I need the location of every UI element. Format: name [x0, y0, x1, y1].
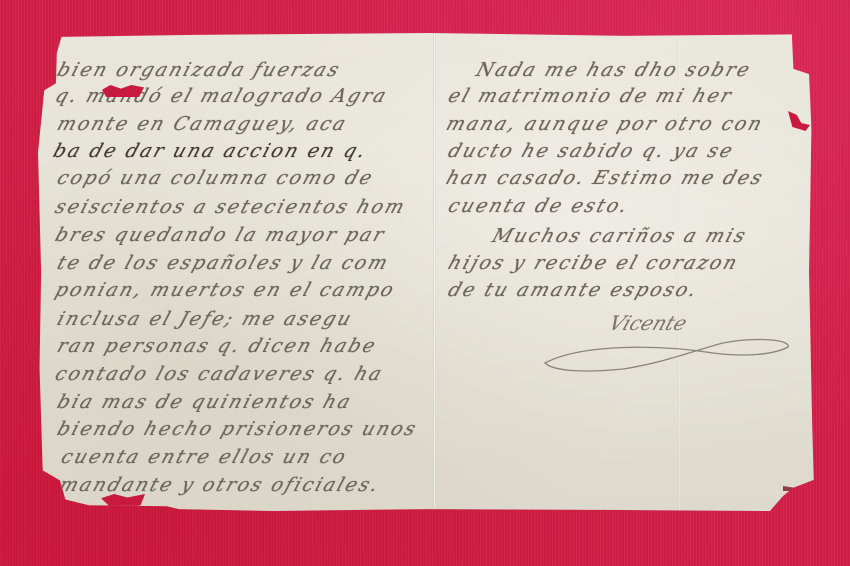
letter-line: de tu amante esposo. [445, 279, 701, 301]
letter-line: inclusa el Jefe; me asegu [54, 308, 356, 330]
letter-line: biendo hecho prisioneros unos [54, 418, 420, 440]
letter-line: mana, aunque por otro con [443, 113, 766, 135]
letter-line: monte en Camaguey, aca [54, 113, 350, 135]
signature-flourish [543, 333, 793, 373]
letter-line: q. mandó el malogrado Agra [52, 85, 391, 107]
letter-line: bia mas de quinientos ha [54, 391, 355, 413]
letter-line: seiscientos a setecientos hom [52, 196, 409, 218]
letter-line: contado los cadaveres q. ha [52, 363, 386, 385]
letter-line: hijos y recibe el corazon [445, 252, 741, 274]
letter-line: cuenta de esto. [445, 195, 632, 217]
letter-line: Nada me has dho sobre [473, 59, 754, 81]
letter-line: ponian, muertos en el campo [52, 279, 398, 301]
letter-line: han casado. Estimo me des [443, 167, 767, 189]
right-page: Nada me has dho sobre el matrimonio de m… [435, 33, 820, 511]
letter-line: bres quedando la mayor par [52, 224, 388, 246]
letter-line: bien organizada fuerzas [54, 59, 343, 81]
signature: Vicente [606, 311, 691, 335]
letter-line: mandante y otros oficiales. [56, 474, 383, 496]
letter-line: el matrimonio de mi her [445, 85, 736, 107]
letter-line: ducto he sabido q. ya se [445, 140, 737, 162]
letter-line: Muchos cariños a mis [489, 225, 750, 247]
left-page: bien organizada fuerzas q. mandó el malo… [38, 33, 434, 511]
letter-line: copó una columna como de [54, 167, 377, 189]
letter-line: te de los españoles y la com [54, 252, 392, 274]
letter-sheet: bien organizada fuerzas q. mandó el malo… [38, 33, 820, 511]
letter-line: ran personas q. dicen habe [54, 335, 380, 357]
letter-line: cuenta entre ellos un co [58, 446, 350, 468]
letter-line: ba de dar una accion en q. [50, 140, 370, 162]
